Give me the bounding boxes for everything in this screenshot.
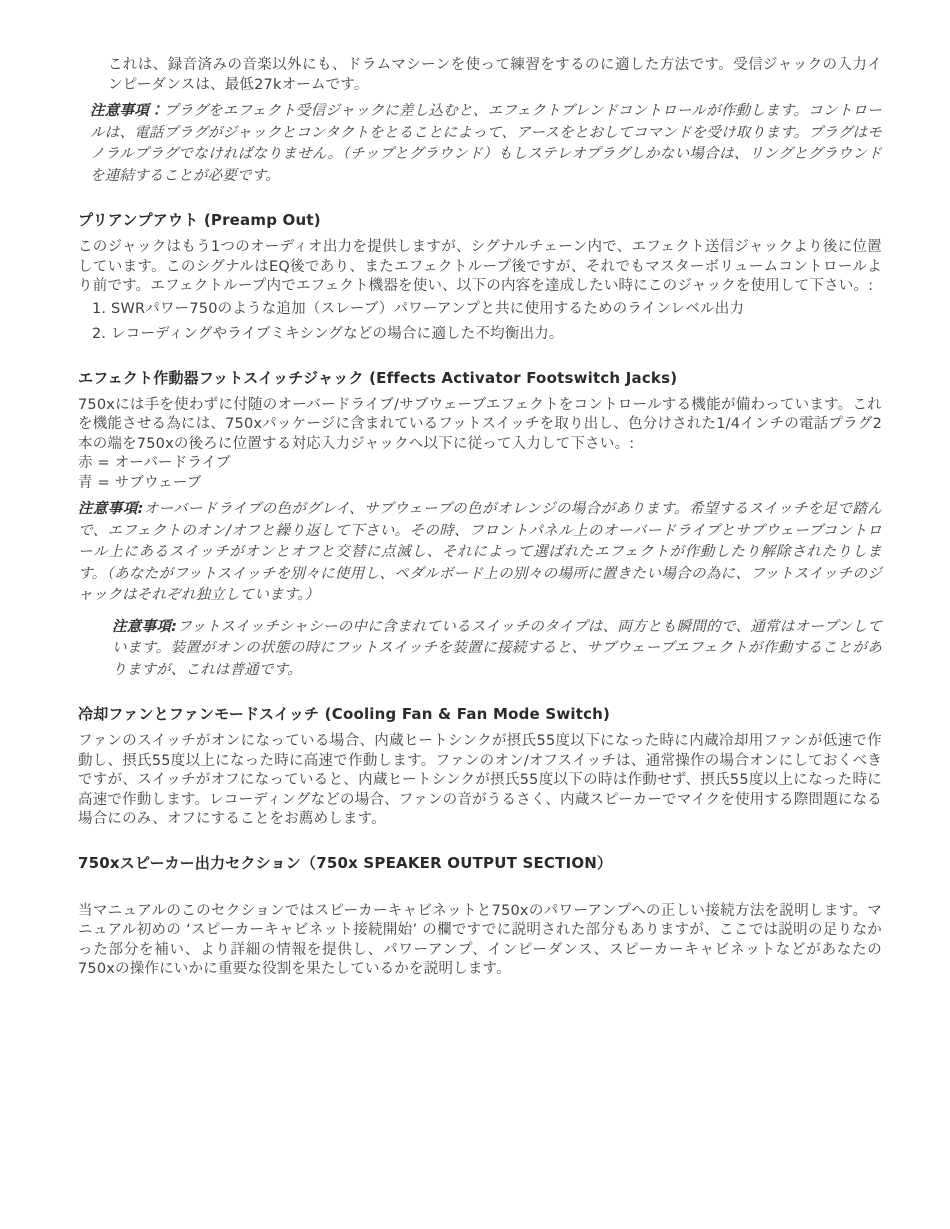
heading-footswitch-jacks: エフェクト作動器フットスイッチジャック (Effects Activator F… — [78, 369, 882, 387]
preamp-out-list-item-1: 1. SWRパワー750のような追加（スレーブ）パワーアンプと共に使用するための… — [92, 300, 882, 320]
note-effects-return-text: プラグをエフェクト受信ジャックに差し込むと、エフェクトブレンドコントロールが作動… — [90, 103, 882, 184]
intro-paragraph: これは、録音済みの音楽以外にも、ドラムマシーンを使って練習をするのに適した方法で… — [78, 56, 882, 95]
heading-speaker-output: 750xスピーカー出力セクション（750x SPEAKER OUTPUT SEC… — [78, 854, 882, 872]
footswitch-blue-assignment: 青 = サブウェーブ — [78, 474, 882, 494]
heading-cooling-fan: 冷却ファンとファンモードスイッチ (Cooling Fan & Fan Mode… — [78, 705, 882, 723]
preamp-out-body: このジャックはもう1つのオーディオ出力を提供しますが、シグナルチェーン内で、エフ… — [78, 238, 882, 297]
speaker-output-body: 当マニュアルのこのセクションではスピーカーキャビネットと750xのパワーアンプへ… — [78, 902, 882, 980]
note-footswitch-colors: 注意事項:オーバードライブの色がグレイ、サブウェーブの色がオレンジの場合がありま… — [78, 499, 882, 607]
note-footswitch-colors-text: オーバードライブの色がグレイ、サブウェーブの色がオレンジの場合があります。希望す… — [78, 501, 882, 603]
note-switch-type-text: フットスイッチシャシーの中に含まれているスイッチのタイプは、両方とも瞬間的で、通… — [112, 619, 882, 678]
page-content: これは、録音済みの音楽以外にも、ドラムマシーンを使って練習をするのに適した方法で… — [78, 56, 882, 980]
cooling-fan-body: ファンのスイッチがオンになっている場合、内蔵ヒートシンクが摂氏55度以下になった… — [78, 732, 882, 830]
note-switch-type-label: 注意事項: — [112, 619, 177, 635]
note-effects-return: 注意事項：プラグをエフェクト受信ジャックに差し込むと、エフェクトブレンドコントロ… — [78, 101, 882, 187]
footswitch-red-assignment: 赤 = オーバードライブ — [78, 454, 882, 474]
preamp-out-list: 1. SWRパワー750のような追加（スレーブ）パワーアンプと共に使用するための… — [78, 300, 882, 345]
heading-preamp-out: プリアンプアウト (Preamp Out) — [78, 211, 882, 229]
manual-page: これは、録音済みの音楽以外にも、ドラムマシーンを使って練習をするのに適した方法で… — [0, 0, 950, 1229]
note-footswitch-colors-label: 注意事項: — [78, 501, 144, 517]
footswitch-body: 750xには手を使わずに付随のオーバードライブ/サブウェーブエフェクトをコントロ… — [78, 396, 882, 455]
preamp-out-list-item-2: 2. レコーディングやライブミキシングなどの場合に適した不均衡出力。 — [92, 325, 882, 345]
note-effects-return-label: 注意事項： — [90, 103, 164, 119]
note-switch-type: 注意事項:フットスイッチシャシーの中に含まれているスイッチのタイプは、両方とも瞬… — [78, 617, 882, 682]
